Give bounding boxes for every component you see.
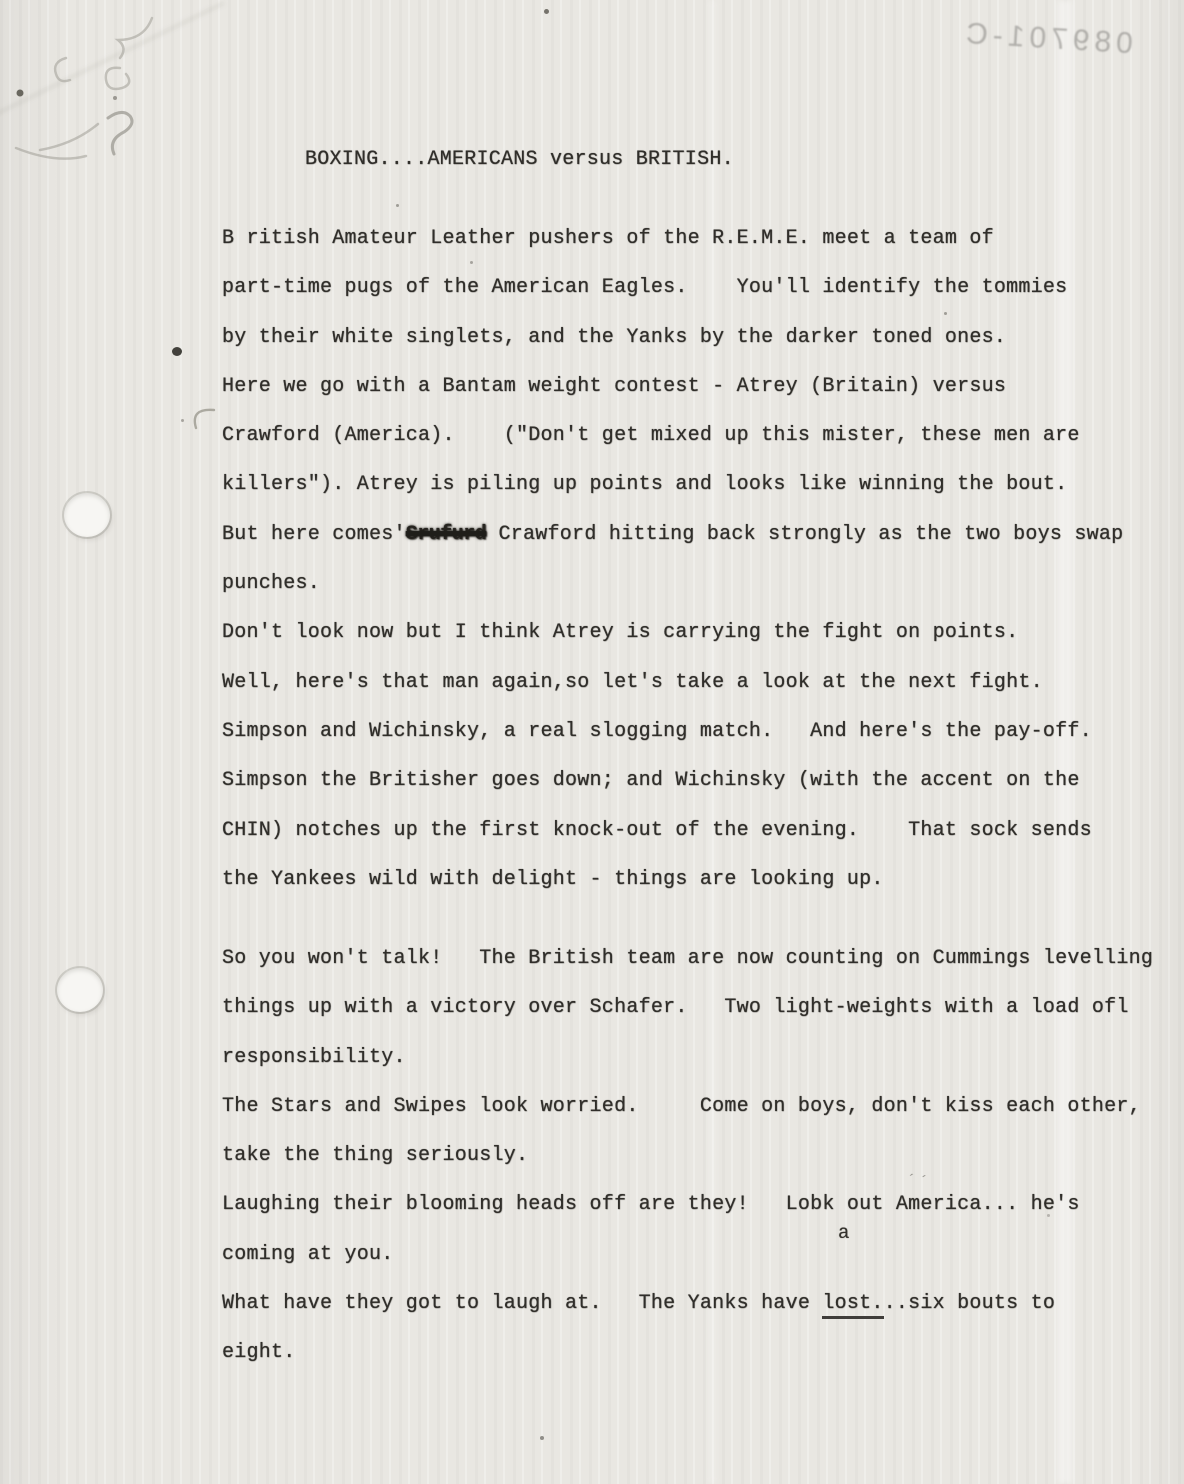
text-segment: ..six bouts to (884, 1292, 1056, 1315)
hole-punch (57, 968, 103, 1012)
text-line: the Yankees wild with delight - things a… (222, 855, 1123, 904)
text-segment: responsibility. (222, 1046, 406, 1069)
text-segment: things up with a victory over Schafer. T… (222, 996, 1129, 1019)
ink-speck (544, 9, 549, 14)
text-line: Crawford (America). ("Don't get mixed up… (222, 411, 1123, 460)
text-line: killers"). Atrey is piling up points and… (222, 460, 1123, 509)
text-segment: The Stars and Swipes look worried. Come … (222, 1095, 1141, 1118)
text-line: Well, here's that man again,so let's tak… (222, 658, 1123, 707)
bleed-through-stamp: 089701-C (941, 16, 1153, 63)
text-line: eight. (222, 1328, 1153, 1377)
scanned-typewritten-page: { "document": { "title": "BOXING....AMER… (0, 0, 1184, 1484)
margin-ink-dot (172, 347, 182, 356)
text-segment: So you won't talk! The British team are … (222, 947, 1153, 970)
text-line: coming at you. (222, 1230, 1153, 1279)
text-segment: the Yankees wild with delight - things a… (222, 868, 884, 891)
text-line: What have they got to laugh at. The Yank… (222, 1279, 1153, 1328)
text-line: part-time pugs of the American Eagles. Y… (222, 263, 1123, 312)
text-line: by their white singlets, and the Yanks b… (222, 313, 1123, 362)
text-segment: CHIN) notches up the first knock-out of … (222, 819, 1092, 842)
text-segment: eight. (222, 1341, 296, 1364)
text-line: Don't look now but I think Atrey is carr… (222, 608, 1123, 657)
text-segment: by their white singlets, and the Yanks b… (222, 326, 1006, 349)
text-segment: coming at you. (222, 1243, 394, 1266)
ink-speck (540, 1436, 544, 1440)
pencil-scribble-marks (0, 0, 220, 200)
text-line: Laughing their blooming heads off are th… (222, 1180, 1153, 1229)
text-segment: Simpson the Britisher goes down; and Wic… (222, 769, 1080, 792)
text-line: take the thing seriously. (222, 1131, 1153, 1180)
text-segment: Well, here's that man again,so let's tak… (222, 671, 1043, 694)
text-line: Simpson the Britisher goes down; and Wic… (222, 756, 1123, 805)
text-line: CHIN) notches up the first knock-out of … (222, 806, 1123, 855)
text-segment: Crawford (America). ("Don't get mixed up… (222, 424, 1080, 447)
text-segment: killers"). Atrey is piling up points and… (222, 473, 1067, 496)
text-line: But here comes'Srufurd Crawford hitting … (222, 510, 1123, 559)
text-segment: Laughing their blooming heads off are th… (222, 1193, 1080, 1216)
insertion-caret-marks: ´´ (905, 1172, 932, 1193)
text-segment: What have they got to laugh at. The Yank… (222, 1292, 822, 1315)
underlined-word: lost. (822, 1292, 883, 1319)
text-line: So you won't talk! The British team are … (222, 934, 1153, 983)
text-segment: B ritish Amateur Leather pushers of the … (222, 227, 994, 250)
ink-speck (396, 204, 399, 207)
text-line: responsibility. (222, 1033, 1153, 1082)
text-segment: Crawford hitting back strongly as the tw… (486, 523, 1123, 546)
text-segment: Don't look now but I think Atrey is carr… (222, 621, 1018, 644)
text-segment: Here we go with a Bantam weight contest … (222, 375, 1006, 398)
pencil-tick-mark (182, 404, 222, 436)
document-title: BOXING....AMERICANS versus BRITISH. (305, 135, 734, 184)
text-line: The Stars and Swipes look worried. Come … (222, 1082, 1153, 1131)
text-segment: take the thing seriously. (222, 1144, 528, 1167)
text-line: things up with a victory over Schafer. T… (222, 983, 1153, 1032)
text-line: punches. (222, 559, 1123, 608)
struck-out-word: Srufurd (406, 523, 487, 546)
ink-speck (181, 419, 184, 422)
text-line: Here we go with a Bantam weight contest … (222, 362, 1123, 411)
body-paragraph: B ritish Amateur Leather pushers of the … (222, 214, 1123, 904)
hole-punch (64, 493, 110, 537)
body-paragraph: So you won't talk! The British team are … (222, 934, 1153, 1378)
text-line: B ritish Amateur Leather pushers of the … (222, 214, 1123, 263)
text-line: Simpson and Wichinsky, a real slogging m… (222, 707, 1123, 756)
text-segment: punches. (222, 572, 320, 595)
inserted-letter-correction: a (838, 1222, 849, 1244)
text-segment: But here comes' (222, 523, 406, 546)
text-segment: part-time pugs of the American Eagles. Y… (222, 276, 1067, 299)
text-segment: Simpson and Wichinsky, a real slogging m… (222, 720, 1092, 743)
